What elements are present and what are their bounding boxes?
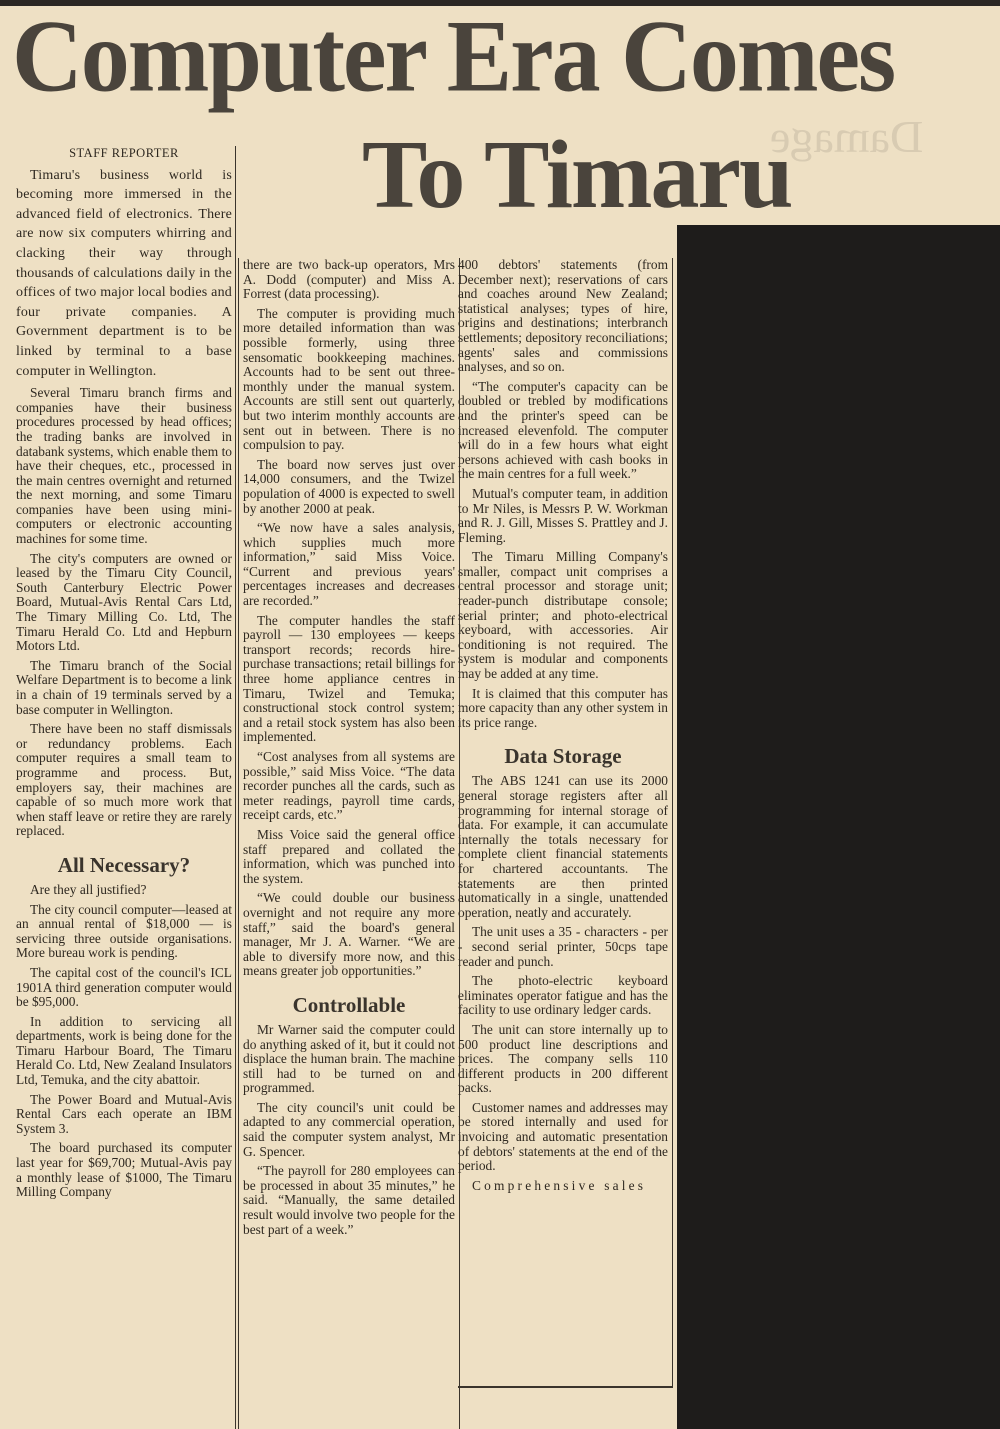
paragraph: The city's computers are owned or leased… [16, 552, 232, 654]
paragraph: The Timaru branch of the Social Welfare … [16, 659, 232, 717]
col2-body-2: Mr Warner said the computer could do any… [243, 1023, 455, 1237]
paragraph: The city council computer—leased at an a… [16, 903, 232, 961]
headline-line-2: To Timaru [362, 120, 792, 230]
paragraph: The Power Board and Mutual-Avis Rental C… [16, 1093, 232, 1137]
paragraph: The unit can store internally up to 500 … [458, 1023, 668, 1096]
paragraph: The photo-electric keyboard eliminates o… [458, 974, 668, 1018]
paragraph: The capital cost of the council's ICL 19… [16, 966, 232, 1010]
paragraph: Several Timaru branch firms and companie… [16, 386, 232, 547]
paragraph: Mr Warner said the computer could do any… [243, 1023, 455, 1096]
lead-paragraph: Timaru's business world is becoming more… [16, 166, 232, 382]
paragraph: The computer handles the staff payroll —… [243, 614, 455, 745]
article-column-3: 400 debtors' statements (from December n… [458, 258, 673, 1388]
bleed-through-text: Damage [770, 110, 923, 163]
paragraph: Miss Voice said the general office staff… [243, 828, 455, 886]
closing-line: Comprehensive sales [458, 1179, 668, 1194]
paragraph: The ABS 1241 can use its 2000 general st… [458, 774, 668, 920]
headline-line-1: Computer Era Comes [12, 0, 894, 115]
paragraph: Customer names and addresses may be stor… [458, 1101, 668, 1174]
paragraph: “The payroll for 280 employees can be pr… [243, 1164, 455, 1237]
paragraph: In addition to servicing all departments… [16, 1015, 232, 1088]
col1-body: Several Timaru branch firms and companie… [16, 386, 232, 839]
article-column-2: there are two back-up operators, Mrs A. … [238, 258, 460, 1429]
paragraph: The computer is providing much more deta… [243, 307, 455, 453]
col3-body: 400 debtors' statements (from December n… [458, 258, 668, 730]
paragraph: The unit uses a 35 - characters - per - … [458, 925, 668, 969]
article-column-1: STAFF REPORTER Timaru's business world i… [16, 146, 236, 1429]
paragraph: Mutual's computer team, in addition to M… [458, 487, 668, 545]
paragraph: The Timaru Milling Company's smaller, co… [458, 550, 668, 681]
paragraph: The board purchased its computer last ye… [16, 1141, 232, 1199]
subhead-controllable: Controllable [243, 993, 455, 1017]
paragraph: “We could double our business overnight … [243, 891, 455, 979]
paragraph: “We now have a sales analysis, which sup… [243, 521, 455, 609]
paragraph: There have been no staff dismissals or r… [16, 722, 232, 839]
paragraph: Are they all justified? [16, 883, 232, 898]
col3-body-2: The ABS 1241 can use its 2000 general st… [458, 774, 668, 1173]
subhead-data-storage: Data Storage [458, 744, 668, 768]
subhead-all-necessary: All Necessary? [16, 853, 232, 877]
paragraph: It is claimed that this computer has mor… [458, 687, 668, 731]
paragraph: The board now serves just over 14,000 co… [243, 458, 455, 516]
scan-background-dark-area [677, 225, 1000, 1429]
paragraph: there are two back-up operators, Mrs A. … [243, 258, 455, 302]
paragraph: “Cost analyses from all systems are poss… [243, 750, 455, 823]
col2-body: there are two back-up operators, Mrs A. … [243, 258, 455, 979]
paragraph: “The computer's capacity can be doubled … [458, 380, 668, 482]
byline: STAFF REPORTER [16, 146, 232, 161]
col1-body-2: Are they all justified?The city council … [16, 883, 232, 1200]
paragraph: The city council's unit could be adapted… [243, 1101, 455, 1159]
paragraph: 400 debtors' statements (from December n… [458, 258, 668, 375]
